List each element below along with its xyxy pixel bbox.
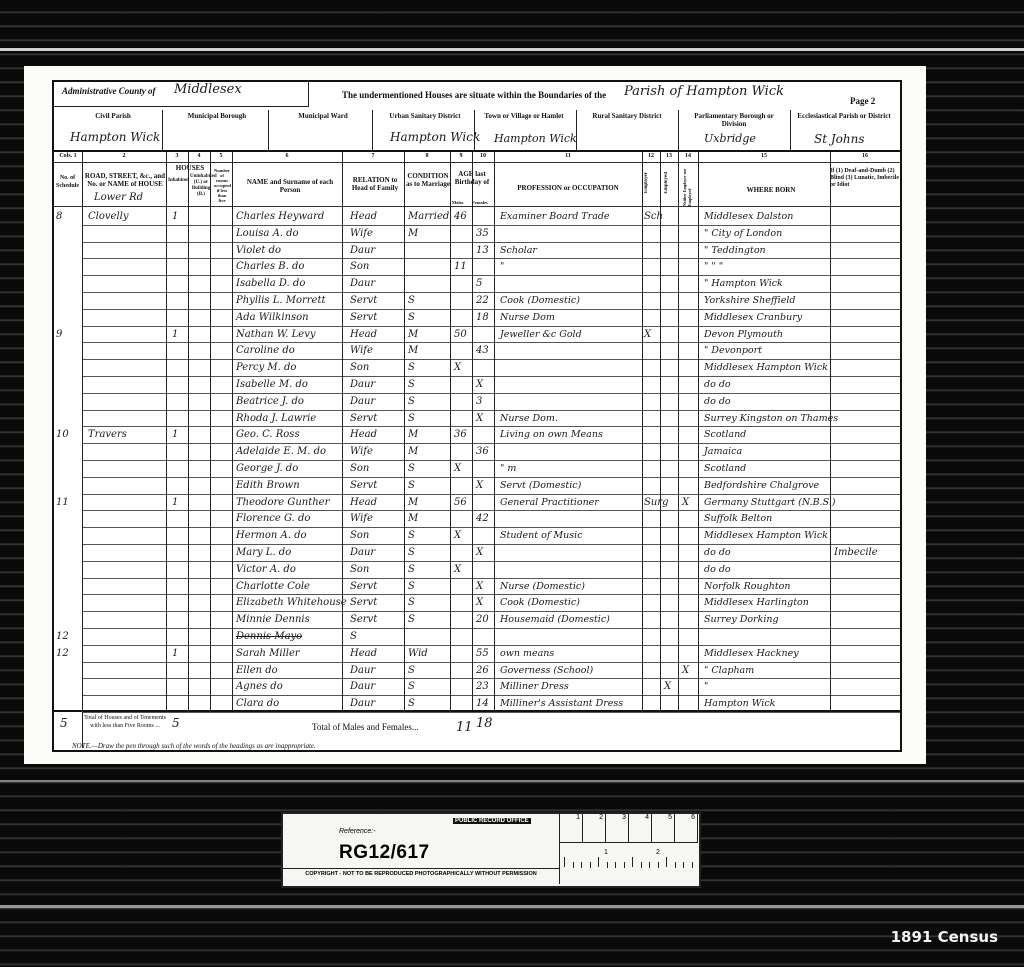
- where-born: do do: [704, 394, 731, 409]
- scan-stripe: [0, 905, 1024, 908]
- house-name: Clovelly: [88, 209, 128, 224]
- condition: S: [408, 360, 415, 375]
- person-name: Ellen do: [236, 663, 278, 678]
- condition: S: [408, 612, 415, 627]
- person-name: Adelaide E. M. do: [236, 444, 326, 459]
- relation: Daur: [350, 696, 375, 711]
- relation: Servt: [350, 579, 377, 594]
- where-born: " Teddington: [704, 243, 766, 258]
- person-name: Caroline do: [236, 343, 295, 358]
- condition: Wid: [408, 646, 428, 661]
- ruler-tick: [641, 862, 642, 868]
- age-female: 42: [476, 511, 489, 526]
- occupation: Cook (Domestic): [500, 595, 580, 610]
- schedule-number: 12: [56, 629, 69, 644]
- age-male: 46: [454, 209, 467, 224]
- age-female: X: [476, 545, 483, 560]
- col-road-header: ROAD, STREET, &c., and No. or NAME of HO…: [84, 172, 166, 188]
- age-female: 14: [476, 696, 489, 711]
- relation: Servt: [350, 595, 377, 610]
- ref-label: Reference:-: [339, 828, 376, 835]
- column-number: 3: [168, 153, 186, 159]
- where-born: " Clapham: [704, 663, 754, 678]
- column-number: 5: [212, 153, 230, 159]
- col-occupation-header: PROFESSION or OCCUPATION: [496, 184, 640, 192]
- condition: S: [408, 663, 415, 678]
- boundaries-text: The undermentioned Houses are situate wi…: [342, 90, 606, 100]
- age-female: 43: [476, 343, 489, 358]
- age-female: 18: [476, 310, 489, 325]
- where-born: " " ": [704, 259, 723, 274]
- ruler-tick: [590, 862, 591, 868]
- age-male: X: [454, 360, 461, 375]
- relation: Head: [350, 427, 377, 442]
- person-name: Hermon A. do: [236, 528, 307, 543]
- row-rule: [82, 460, 900, 461]
- relation: Son: [350, 360, 369, 375]
- column-divider: [82, 152, 83, 748]
- person-name: Violet do: [236, 243, 281, 258]
- person-name: Edith Brown: [236, 478, 300, 493]
- condition: S: [408, 310, 415, 325]
- person-name: Elizabeth Whitehouse: [236, 595, 347, 610]
- person-name: Charlotte Cole: [236, 579, 310, 594]
- person-name: Beatrice J. do: [236, 394, 304, 409]
- ruler-cm-mark: 5: [652, 814, 675, 842]
- age-female: 55: [476, 646, 489, 661]
- row-rule: [82, 510, 900, 511]
- census-form: Administrative County of Middlesex The u…: [52, 80, 902, 752]
- column-divider: [342, 152, 343, 710]
- row-rule: [82, 662, 900, 663]
- col-rooms-header: Number of rooms occupied if less than fi…: [214, 168, 230, 203]
- municipal-borough-label: Municipal Borough: [172, 112, 262, 120]
- ruler-inch-mark: 2: [656, 849, 660, 856]
- total-persons-label: Total of Males and Females...: [312, 722, 419, 732]
- where-born: Yorkshire Sheffield: [704, 293, 795, 308]
- age-male: X: [454, 562, 461, 577]
- column-number: 6: [234, 153, 340, 159]
- relation: Son: [350, 562, 369, 577]
- col-name-header: NAME and Surname of each Person: [240, 178, 340, 194]
- ruler-tick: [607, 862, 608, 868]
- occupation: Jeweller &c Gold: [500, 327, 582, 342]
- condition: M: [408, 343, 418, 358]
- town-label: Town or Village or Hamlet: [476, 112, 572, 120]
- col-females-header: Females: [472, 200, 488, 205]
- total-houses-count: 5: [60, 716, 68, 730]
- column-divider: [166, 152, 167, 710]
- person-name: Charles Heyward: [236, 209, 324, 224]
- relation: Daur: [350, 243, 375, 258]
- ruler-tick: [581, 862, 582, 868]
- inhabited-count: 1: [172, 646, 178, 661]
- ruler-cm-mark: 3: [606, 814, 629, 842]
- census-page: Administrative County of Middlesex The u…: [24, 66, 926, 764]
- col-condition-header: CONDITION as to Marriage: [406, 172, 450, 188]
- age-female: X: [476, 478, 483, 493]
- col-schedule-header: No. of Schedule: [54, 174, 81, 190]
- column-divider: [678, 152, 679, 710]
- person-name: Isabella D. do: [236, 276, 305, 291]
- occupation: Nurse Dom: [500, 310, 555, 325]
- parliamentary-value: Uxbridge: [704, 132, 756, 145]
- infirmity: Imbecile: [834, 545, 878, 560]
- condition: M: [408, 495, 418, 510]
- row-rule: [82, 443, 900, 444]
- scan-stripe: [0, 780, 1024, 782]
- column-divider: [404, 152, 405, 710]
- col-infirmity-header: If (1) Deaf-and-Dumb (2) Blind (3) Lunat…: [830, 168, 900, 189]
- row-rule: [82, 544, 900, 545]
- occupation: General Practitioner: [500, 495, 599, 510]
- schedule-number: 12: [56, 646, 69, 661]
- col-males-header: Males: [452, 200, 464, 205]
- employed-mark: X: [664, 679, 671, 694]
- person-name: Sarah Miller: [236, 646, 300, 661]
- column-number: 16: [832, 153, 898, 159]
- person-name: Florence G. do: [236, 511, 310, 526]
- row-rule: [82, 242, 900, 243]
- column-number: 11: [496, 153, 640, 159]
- where-born: Suffolk Belton: [704, 511, 772, 526]
- relation: Servt: [350, 478, 377, 493]
- age-female: 26: [476, 663, 489, 678]
- condition: M: [408, 511, 418, 526]
- relation: Wife: [350, 444, 373, 459]
- where-born: Hampton Wick: [704, 696, 775, 711]
- urban-sanitary-label: Urban Sanitary District: [380, 112, 470, 120]
- ruler-tick: [692, 862, 693, 868]
- col-employed-header: Employed: [664, 172, 669, 194]
- column-divider: [660, 152, 661, 710]
- row-rule: [82, 426, 900, 427]
- condition: S: [408, 411, 415, 426]
- relation: Daur: [350, 663, 375, 678]
- person-name: Phyllis L. Morrett: [236, 293, 326, 308]
- age-male: 56: [454, 495, 467, 510]
- where-born: Surrey Dorking: [704, 612, 779, 627]
- where-born: Middlesex Hackney: [704, 646, 799, 661]
- relation: Daur: [350, 394, 375, 409]
- column-divider: [450, 152, 451, 710]
- where-born: Scotland: [704, 427, 746, 442]
- relation: Daur: [350, 679, 375, 694]
- where-born: Middlesex Hampton Wick: [704, 360, 828, 375]
- column-number: 10: [474, 153, 492, 159]
- schedule-number: 10: [56, 427, 69, 442]
- total-males: 11: [456, 720, 473, 735]
- ruler-tick: [683, 862, 684, 868]
- total-houses-label: Total of Houses and of Tenements with le…: [84, 714, 166, 730]
- column-number: 2: [84, 153, 164, 159]
- age-male: X: [454, 528, 461, 543]
- inhabited-count: 1: [172, 209, 178, 224]
- occupation: Nurse Dom.: [500, 411, 558, 426]
- row-rule: [82, 712, 900, 713]
- col-inhabited-header: Inhabited: [168, 178, 188, 184]
- age-female: 36: [476, 444, 489, 459]
- row-rule: [82, 695, 900, 696]
- ruler-tick: [649, 862, 650, 868]
- condition: M: [408, 444, 418, 459]
- where-born: do do: [704, 545, 731, 560]
- condition: S: [408, 696, 415, 711]
- ruler-tick: [573, 862, 574, 868]
- relation: Wife: [350, 343, 373, 358]
- person-name: Percy M. do: [236, 360, 296, 375]
- ecclesiastical-value: St Johns: [814, 132, 865, 146]
- admin-county-value: Middlesex: [174, 82, 242, 97]
- relation: Wife: [350, 226, 373, 241]
- where-born: do do: [704, 377, 731, 392]
- road-note: Lower Rd: [94, 192, 143, 203]
- age-male: X: [454, 461, 461, 476]
- column-number: Cols. 1: [56, 153, 80, 159]
- person-name: Ada Wilkinson: [236, 310, 309, 325]
- occupation: Housemaid (Domestic): [500, 612, 610, 627]
- age-female: 35: [476, 226, 489, 241]
- age-female: X: [476, 595, 483, 610]
- condition: M: [408, 226, 418, 241]
- neither-mark: X: [682, 495, 689, 510]
- column-divider: [472, 152, 473, 710]
- urban-sanitary-value: Hampton Wick: [390, 130, 480, 144]
- inhabited-count: 1: [172, 427, 178, 442]
- occupation: ": [500, 259, 504, 274]
- occupation: Scholar: [500, 243, 537, 258]
- ruler-tick: [658, 862, 659, 868]
- occupation: Milliner's Assistant Dress: [500, 696, 623, 711]
- ref-office-label: PUBLIC RECORD OFFICE: [453, 818, 531, 824]
- person-name: Charles B. do: [236, 259, 304, 274]
- condition: Married: [408, 209, 449, 224]
- neither-mark: X: [682, 663, 689, 678]
- ruler-cm-mark: 1: [560, 814, 583, 842]
- relation: Wife: [350, 511, 373, 526]
- where-born: Norfolk Roughton: [704, 579, 790, 594]
- condition: M: [408, 327, 418, 342]
- relation: Head: [350, 209, 377, 224]
- col-neither-header: Neither Employer nor Employed: [682, 166, 692, 206]
- where-born: Bedfordshire Chalgrove: [704, 478, 819, 493]
- relation: Servt: [350, 293, 377, 308]
- column-number: 13: [662, 153, 676, 159]
- column-divider: [494, 152, 495, 710]
- column-number: 4: [190, 153, 208, 159]
- where-born: Devon Plymouth: [704, 327, 783, 342]
- footer-note: NOTE.—Draw the pen through such of the w…: [72, 742, 316, 750]
- condition: S: [408, 679, 415, 694]
- condition: S: [408, 461, 415, 476]
- where-born: Surrey Kingston on Thames: [704, 411, 838, 426]
- civil-parish-value: Hampton Wick: [70, 130, 160, 144]
- relation: Son: [350, 461, 369, 476]
- person-name: Dennis Mayo: [236, 629, 302, 644]
- row-rule: [82, 342, 900, 343]
- row-rule: [82, 258, 900, 259]
- person-name: Agnes do: [236, 679, 283, 694]
- person-name: Clara do: [236, 696, 279, 711]
- ruler-cm-mark: 6: [675, 814, 698, 842]
- ruler-cm-mark: 2: [583, 814, 606, 842]
- ruler-tick: [564, 857, 565, 867]
- ruler-cm-mark: 4: [629, 814, 652, 842]
- row-rule: [82, 628, 900, 629]
- person-name: Louisa A. do: [236, 226, 299, 241]
- column-number: 12: [644, 153, 658, 159]
- age-female: 3: [476, 394, 482, 409]
- where-born: ": [704, 679, 708, 694]
- where-born: Middlesex Harlington: [704, 595, 809, 610]
- ruler-inch-mark: 1: [604, 849, 608, 856]
- where-born: Middlesex Hampton Wick: [704, 528, 828, 543]
- ref-copyright: COPYRIGHT - NOT TO BE REPRODUCED PHOTOGR…: [283, 868, 559, 877]
- house-name: Travers: [88, 427, 127, 442]
- age-female: 20: [476, 612, 489, 627]
- occupation: Governess (School): [500, 663, 593, 678]
- admin-county-label: Administrative County of: [62, 86, 156, 96]
- schedule-number: 11: [56, 495, 69, 510]
- schedule-number: 9: [56, 327, 62, 342]
- ruler-tick: [666, 857, 667, 867]
- condition: S: [408, 293, 415, 308]
- age-male: 11: [454, 259, 467, 274]
- parliamentary-label: Parliamentary Borough or Division: [682, 112, 786, 128]
- row-rule: [82, 561, 900, 562]
- relation: Head: [350, 646, 377, 661]
- occupation: Nurse (Domestic): [500, 579, 585, 594]
- ref-code: RG12/617: [339, 842, 430, 864]
- row-rule: [82, 376, 900, 377]
- condition: S: [408, 478, 415, 493]
- ruler-tick: [598, 857, 599, 867]
- col-houses-header: HOUSES: [168, 164, 212, 172]
- row-rule: [82, 393, 900, 394]
- relation: Servt: [350, 411, 377, 426]
- age-female: 22: [476, 293, 489, 308]
- relation: Servt: [350, 612, 377, 627]
- occupation: Student of Music: [500, 528, 582, 543]
- person-name: Nathan W. Levy: [236, 327, 316, 342]
- relation: Daur: [350, 377, 375, 392]
- condition: S: [408, 394, 415, 409]
- relation: Son: [350, 259, 369, 274]
- where-born: Jamaica: [704, 444, 742, 459]
- person-name: Rhoda J. Lawrie: [236, 411, 316, 426]
- where-born: Scotland: [704, 461, 746, 476]
- employer-mark: X: [644, 327, 651, 342]
- column-number: 15: [700, 153, 828, 159]
- ecclesiastical-label: Ecclesiastical Parish or District: [794, 112, 894, 120]
- relation: Servt: [350, 310, 377, 325]
- reference-card: PUBLIC RECORD OFFICE Reference:- RG12/61…: [281, 812, 701, 888]
- page-label: Page 2: [850, 96, 875, 106]
- condition: S: [408, 545, 415, 560]
- ruler-tick: [624, 862, 625, 868]
- scale-ruler: 123456 12: [559, 814, 698, 884]
- condition: S: [408, 528, 415, 543]
- occupation: " m: [500, 461, 516, 476]
- person-name: George J. do: [236, 461, 298, 476]
- town-value: Hampton Wick: [494, 132, 577, 145]
- relation: Daur: [350, 276, 375, 291]
- ruler-tick: [632, 857, 633, 867]
- age-male: 36: [454, 427, 467, 442]
- schedule-number: 8: [56, 209, 62, 224]
- occupation: Living on own Means: [500, 427, 603, 442]
- where-born: do do: [704, 562, 731, 577]
- occupation: Examiner Board Trade: [500, 209, 610, 224]
- occupation: Cook (Domestic): [500, 293, 580, 308]
- column-divider: [210, 152, 211, 710]
- relation: Daur: [350, 545, 375, 560]
- row-rule: [82, 678, 900, 679]
- rural-sanitary-label: Rural Sanitary District: [582, 112, 672, 120]
- column-divider: [642, 152, 643, 710]
- person-name: Minnie Dennis: [236, 612, 310, 627]
- ruler-tick: [675, 862, 676, 868]
- census-caption: 1891 Census: [891, 928, 998, 946]
- civil-parish-label: Civil Parish: [68, 112, 158, 120]
- column-divider: [698, 152, 699, 710]
- where-born: " Hampton Wick: [704, 276, 783, 291]
- person-name: Geo. C. Ross: [236, 427, 300, 442]
- col-relation-header: RELATION to Head of Family: [346, 176, 404, 192]
- age-female: 5: [476, 276, 482, 291]
- person-name: Victor A. do: [236, 562, 296, 577]
- municipal-ward-label: Municipal Ward: [278, 112, 368, 120]
- condition: M: [408, 427, 418, 442]
- where-born: Germany Stuttgart (N.B.S.): [704, 495, 835, 510]
- age-male: 50: [454, 327, 467, 342]
- relation: Head: [350, 327, 377, 342]
- boundaries-value: Parish of Hampton Wick: [624, 84, 784, 99]
- column-number: 8: [406, 153, 448, 159]
- condition: S: [408, 579, 415, 594]
- condition: S: [408, 562, 415, 577]
- relation: Son: [350, 528, 369, 543]
- col-where-born-header: WHERE BORN: [704, 186, 838, 194]
- total-inhabited: 5: [172, 716, 180, 730]
- relation: S: [350, 629, 357, 644]
- column-number: 7: [344, 153, 402, 159]
- where-born: " City of London: [704, 226, 782, 241]
- age-female: X: [476, 579, 483, 594]
- col-uninhabited-header: Uninhabited (U.) or Building (B.): [190, 174, 212, 198]
- occupation: Servt (Domestic): [500, 478, 581, 493]
- condition: S: [408, 377, 415, 392]
- column-divider: [188, 152, 189, 710]
- age-female: X: [476, 411, 483, 426]
- inhabited-count: 1: [172, 327, 178, 342]
- column-number: 9: [452, 153, 470, 159]
- age-female: 23: [476, 679, 489, 694]
- total-females: 18: [476, 716, 493, 731]
- column-divider: [830, 152, 831, 710]
- relation: Head: [350, 495, 377, 510]
- column-divider: [232, 152, 233, 710]
- ruler-tick: [615, 862, 616, 868]
- person-name: Theodore Gunther: [236, 495, 329, 510]
- age-female: X: [476, 377, 483, 392]
- column-number: 14: [680, 153, 696, 159]
- occupation: own means: [500, 646, 554, 661]
- occupation: Milliner Dress: [500, 679, 569, 694]
- scan-stripe: [0, 48, 1024, 51]
- age-female: 13: [476, 243, 489, 258]
- where-born: Middlesex Cranbury: [704, 310, 802, 325]
